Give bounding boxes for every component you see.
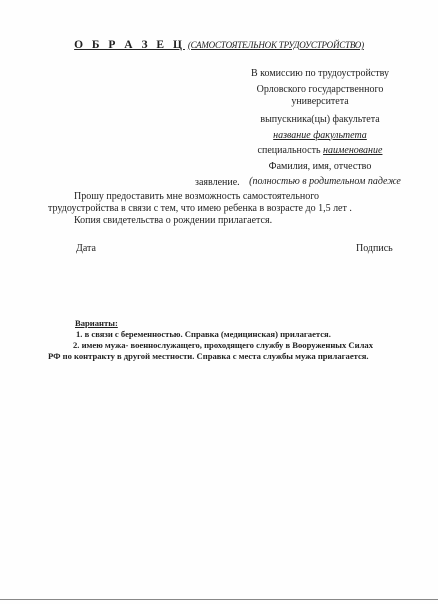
- name-note: (полностью в родительном падеже: [240, 174, 410, 190]
- document-title: О Б Р А З Е Ц (САМОСТОЯТЕЛЬНОК ТРУДОУСТР…: [0, 39, 438, 51]
- document-heading: заявление.: [195, 177, 240, 188]
- variant-item: 1. в связи с беременностью. Справка (мед…: [76, 329, 331, 339]
- addressee-line: В комиссию по трудоустройству: [230, 66, 410, 82]
- signature-label: Подпись: [356, 243, 393, 254]
- variant-item: 2. имею мужа- военнослужащего, проходяще…: [73, 340, 373, 350]
- addressee-line: университета: [230, 97, 410, 107]
- faculty-placeholder: название факультета: [230, 128, 410, 144]
- specialty-label: специальность: [258, 145, 321, 156]
- addressee-line: выпускника(цы) факультета: [230, 112, 410, 128]
- addressee-line: Орловского государственного: [230, 82, 410, 98]
- body-line: трудоустройства в связи с тем, что имею …: [48, 203, 352, 214]
- page-bottom-edge: [0, 599, 438, 600]
- name-label: Фамилия, имя, отчество: [230, 159, 410, 175]
- body-line: Прошу предоставить мне возможность самос…: [74, 191, 319, 202]
- variants-heading: Варианты:: [75, 318, 118, 328]
- specialty-line: специальность наименование: [230, 143, 410, 159]
- body-line: Копия свидетельства о рождении прилагает…: [74, 215, 272, 226]
- addressee-block: В комиссию по трудоустройству Орловского…: [230, 66, 410, 190]
- specialty-placeholder: наименование: [323, 145, 382, 156]
- date-label: Дата: [76, 243, 96, 254]
- title-subtitle: (САМОСТОЯТЕЛЬНОК ТРУДОУСТРОЙСТВО): [188, 40, 364, 50]
- variant-item: РФ по контракту в другой местности. Спра…: [48, 351, 369, 361]
- title-main: О Б Р А З Е Ц: [74, 39, 185, 51]
